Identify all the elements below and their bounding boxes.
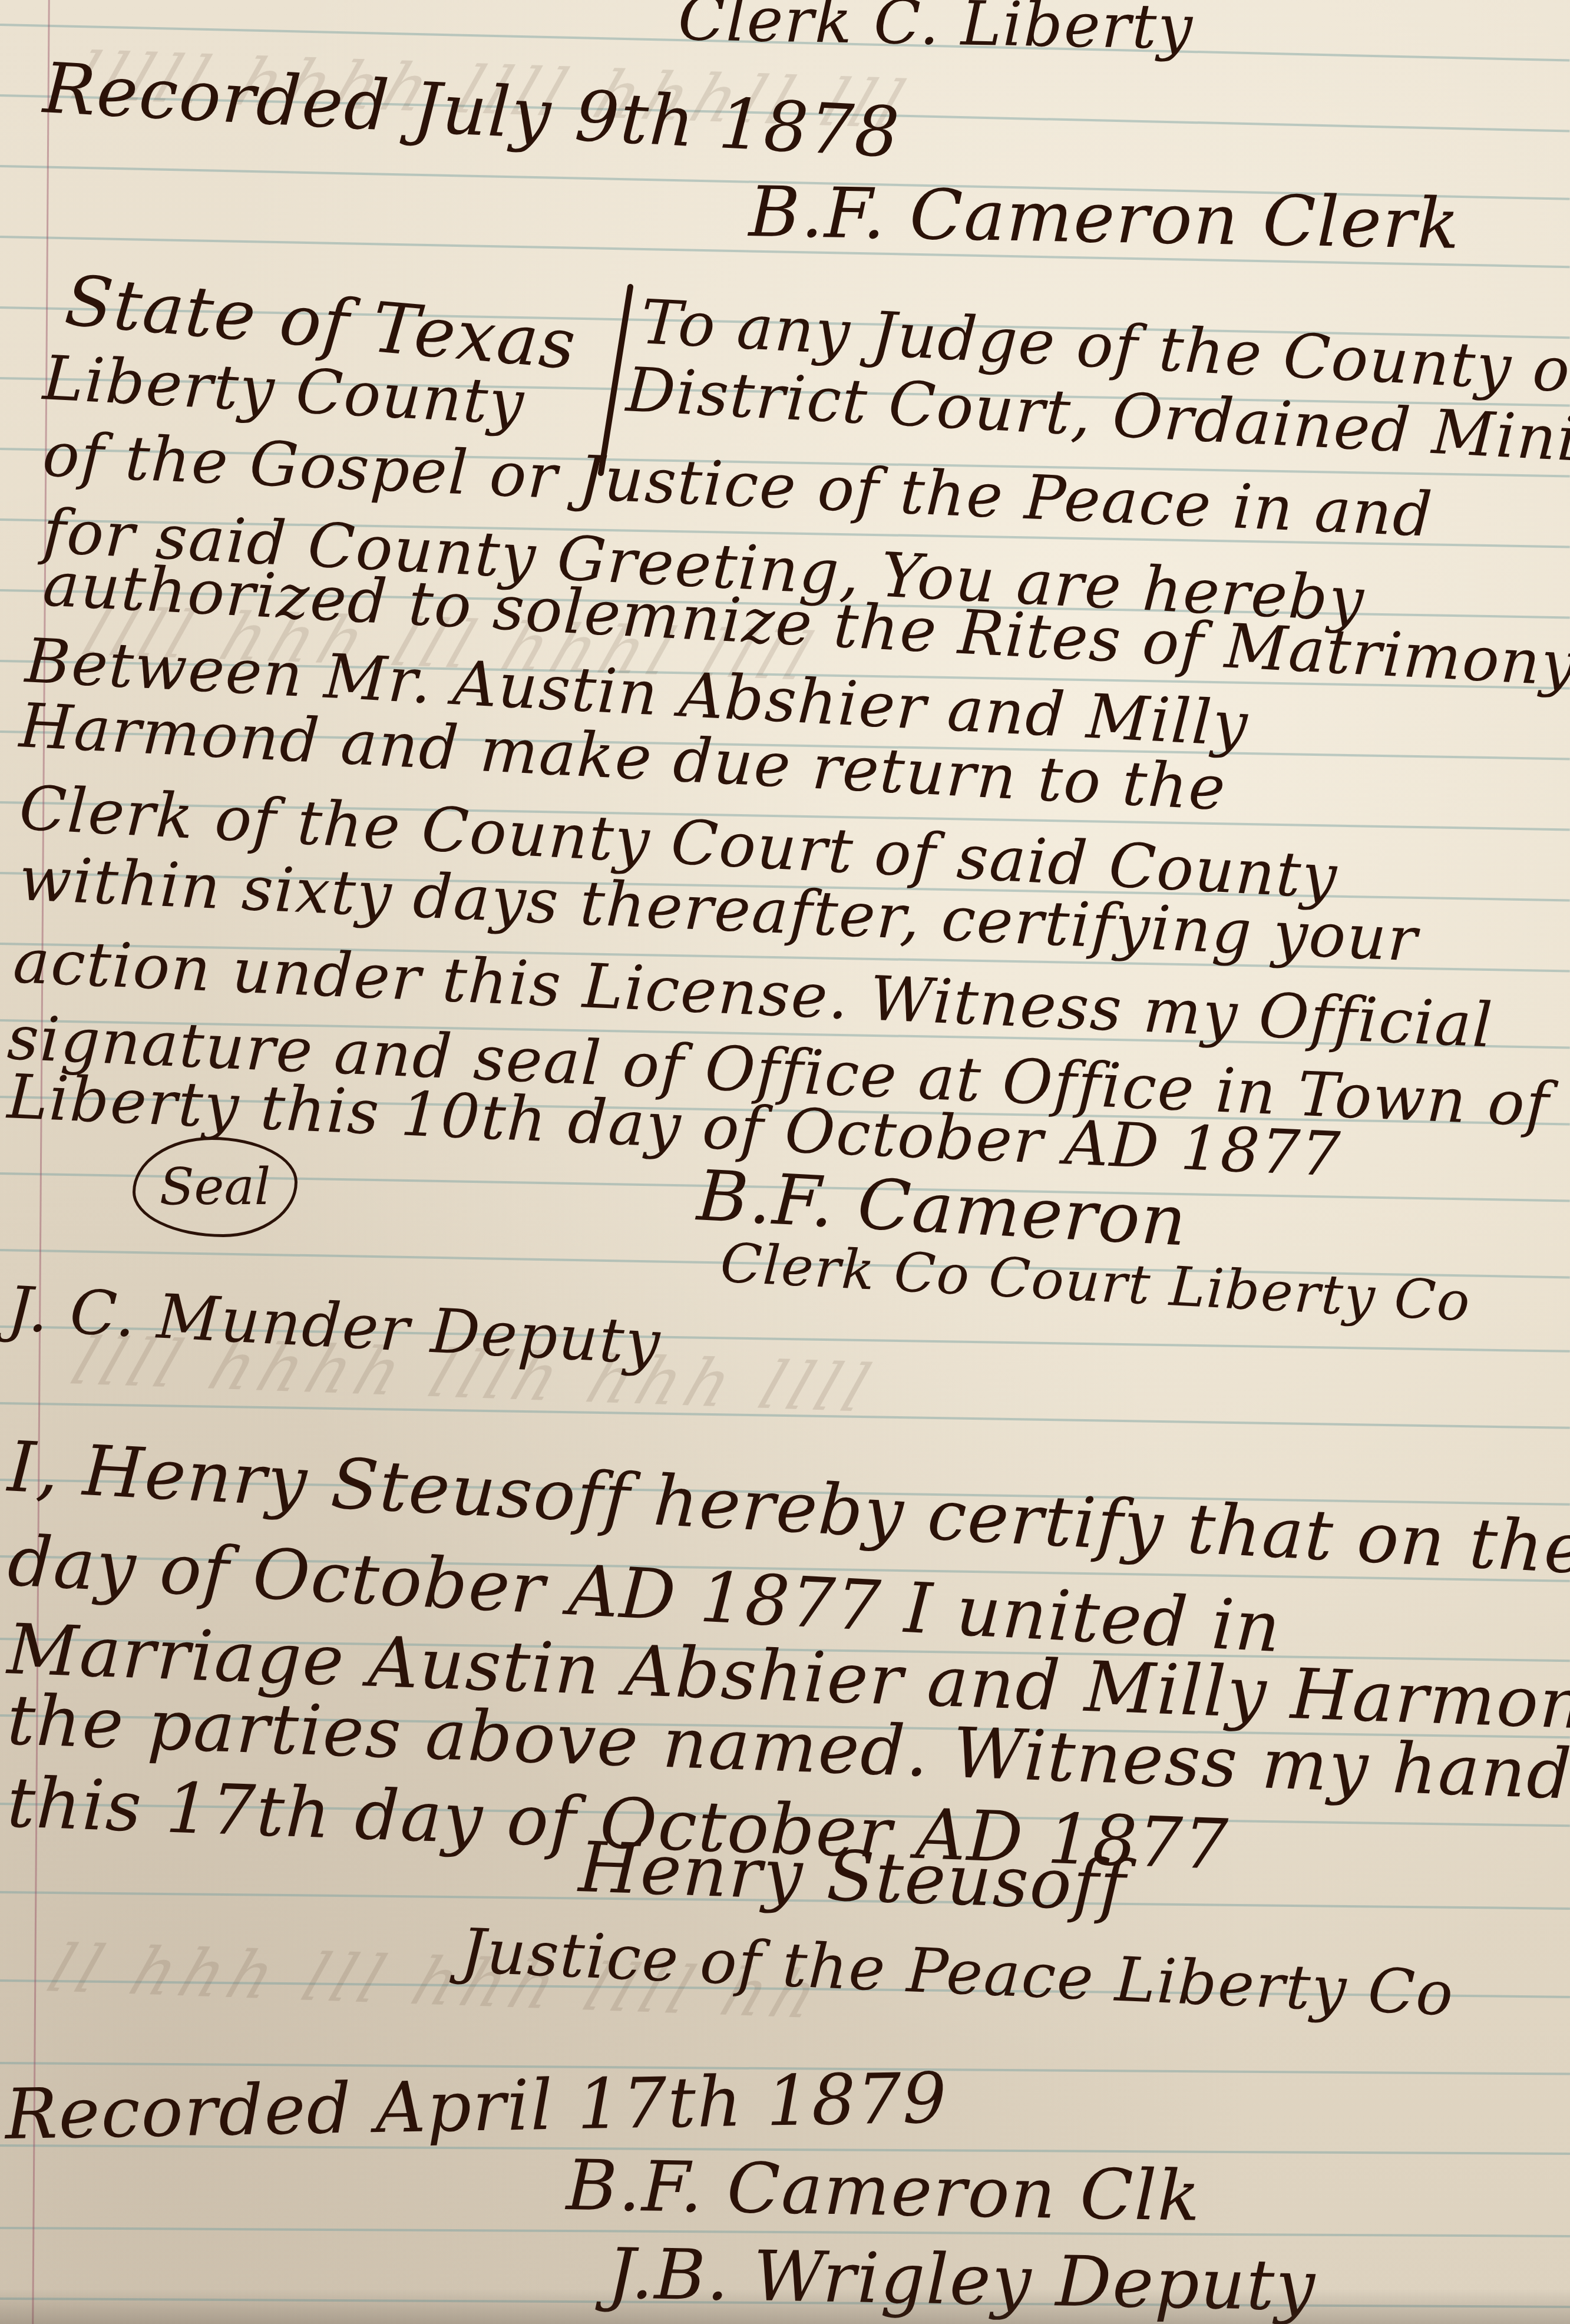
clerk-signature-header: B.F. Cameron Clerk	[748, 171, 1461, 265]
seal-stamp: Seal	[133, 1137, 298, 1237]
clerk-signature-footer: B.F. Cameron Clk	[566, 2144, 1202, 2237]
recorded-date-1879: Recorded April 17th 1879	[5, 2057, 948, 2155]
deputy-signature: J. C. Munder Deputy	[6, 1272, 663, 1378]
seal-label: Seal	[160, 1158, 271, 1216]
page-edge-shadow	[0, 2289, 1570, 2324]
officiant-title: Justice of the Peace Liberty Co	[460, 1915, 1456, 2029]
ledger-page: lllll hhhh llll hhhll lll llll hhh lll h…	[0, 0, 1570, 2324]
header-fragment: Clerk C. Liberty	[677, 0, 1194, 63]
recorded-date-1878: Recorded July 9th 1878	[41, 47, 902, 173]
ruled-line	[0, 1402, 1570, 1429]
